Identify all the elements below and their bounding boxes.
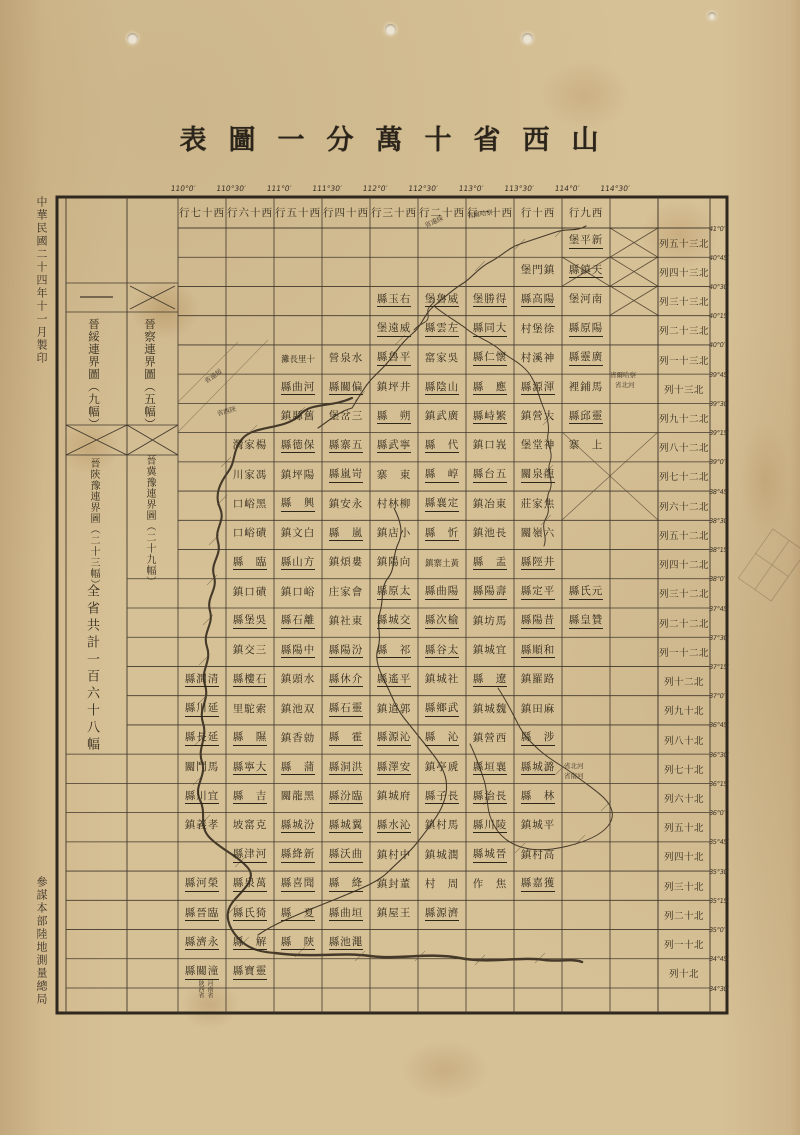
sheet-name: 縣 遼 [473,675,508,688]
sheet-cell: 縣澤安 [370,754,418,783]
sheet-name: 鎮村馬 [425,821,460,833]
latitude-label: 35°45′ [708,838,728,846]
sheet-name: 裡鋪馬 [569,383,604,395]
neighbor-province-label: 省爾哈察 [610,370,636,379]
sheet-name: 鎮香勍 [281,734,316,746]
sheet-cell: 縣津河 [226,842,274,871]
sheet-name: 縣邱靈 [569,412,604,425]
row-label: 列十三北 [659,374,709,403]
sheet-name: 縣河榮 [185,879,220,892]
sheet-cell: 縣雲左 [418,316,466,345]
sheet-name: 縣 陝 [281,938,316,951]
sheet-name: 縣川陵 [473,821,508,834]
row-label: 列三十北 [659,871,709,900]
sheet-cell: 縣仁懷 [466,345,514,374]
sheet-name: 縣治長 [473,792,508,805]
sheet-cell: 縣 陝 [274,930,322,959]
legend-jinjiyu-label: 晉冀豫連界圖（二十九幅） [142,455,157,577]
sheet-cell: 縣關偏 [322,374,370,403]
sheet-cell: 縣 沁 [418,725,466,754]
sheet-cell: 縣原太 [370,579,418,608]
sheet-name: 鎮坪井 [377,383,412,395]
longitude-label: 110°0′ [165,184,200,193]
sheet-name: 里駝索 [233,705,268,717]
sheet-name: 縣嵐岢 [329,470,364,483]
sheet-name: 堡遠威 [377,324,412,337]
sheet-name: 縣 朔 [377,412,412,425]
sheet-name: 縣雲左 [425,324,460,337]
sheet-cell: 寨 上 [562,433,610,462]
sheet-name: 縣 吉 [233,792,268,805]
sheet-cell: 堡岔三 [322,403,370,432]
sheet-name: 縣水沁 [377,821,412,834]
column-header: 行五十西 [274,199,322,226]
sheet-cell: 鎮安永 [322,491,370,520]
sheet-cell: 縣 嵐 [322,520,370,549]
row-label: 列六十北 [659,783,709,812]
sheet-name: 縣喜聞 [281,879,316,892]
sheet-cell: 堡河南 [562,286,610,315]
sheet-cell: 鎮武廣 [418,403,466,432]
sheet-name: 縣 崞 [425,470,460,483]
sheet-cell: 縣曲河 [274,374,322,403]
neighbor-province-label: 省西陝 [216,404,237,418]
sheet-cell: 縣川陵 [466,813,514,842]
sheet-cell: 鎮村馬 [418,813,466,842]
sheet-cell: 鎮煩婁 [322,550,370,579]
row-label: 列四十三北 [659,257,709,286]
sheet-name: 縣峙繁 [473,412,508,425]
sheet-cell: 縣邱靈 [562,403,610,432]
sheet-name: 縣陽昔 [521,616,556,629]
sheet-cell: 縣 霍 [322,725,370,754]
sheet-cell: 縣城汾 [274,813,322,842]
sheet-name: 鎮道郭 [377,705,412,717]
legend-jinshanyu-label: 晉陝豫連界圖（二十三幅） [86,458,101,580]
sheet-name: 縣曲陽 [425,587,460,600]
sheet-cell: 縣高陽 [514,286,562,315]
sheet-name: 縣陘井 [521,558,556,571]
sheet-name: 口峪磧 [233,529,268,541]
sheet-cell: 里駝索 [226,696,274,725]
sheet-name: 縣山方 [281,558,316,571]
sheet-cell: 鎮口磧 [226,579,274,608]
sheet-name: 寨 上 [569,441,604,453]
sheet-cell: 堡勝得 [466,286,514,315]
scanned-map-index-sheet: { "title": "山西省十萬分一圖表", "margin_notes": … [0,0,800,1135]
sheet-cell: 鎮城府 [370,783,418,812]
sheet-name: 縣 隰 [233,733,268,746]
sheet-cell: 縣順和 [514,637,562,666]
row-label: 列一十二北 [659,637,709,666]
sheet-cell: 鎮屋王 [370,900,418,929]
sheet-cell: 縣嵐岢 [322,462,370,491]
sheet-name: 鎮營大 [521,412,556,424]
column-header: 行六十西 [226,199,274,226]
sheet-cell: 堡平新 [562,228,610,257]
sheet-cell: 縣長延 [178,725,226,754]
row-label: 列二十二北 [659,608,709,637]
sheet-cell: 灣家楊 [226,433,274,462]
sheet-cell: 縣 代 [418,433,466,462]
sheet-cell: 縣 涉 [514,725,562,754]
latitude-label: 36°15′ [708,780,728,788]
sheet-cell: 縣 祁 [370,637,418,666]
sheet-name: 窰家吳 [425,354,460,366]
legend-jincha-label: 晉察連界圖（五幅） [141,318,157,478]
sheet-name: 縣城潞 [521,763,556,776]
sheet-cell: 鎮口峩 [466,433,514,462]
sheet-cell: 鎮社東 [322,608,370,637]
sheet-cell: 縣嘉獲 [514,871,562,900]
sheet-cell: 莊家焦 [514,491,562,520]
sheet-cell: 鎮城魏 [466,696,514,725]
latitude-label: 34°30′ [708,985,728,993]
sheet-cell: 關龍黑 [274,783,322,812]
sheet-name: 縣城晉 [473,850,508,863]
column-header: 行四十西 [322,199,370,226]
sheet-name: 縣津河 [233,850,268,863]
sheet-name: 村溪神 [521,354,556,366]
sheet-cell: 縣寧大 [226,754,274,783]
latitude-label: 40°15′ [708,312,728,320]
longitude-label: 111°0′ [261,184,296,193]
sheet-name: 縣 興 [281,499,316,512]
sheet-name: 縣 夏 [281,909,316,922]
sheet-name: 村堡徐 [521,325,556,337]
sheet-name: 縣池澠 [329,938,364,951]
sheet-cell: 縣峙繁 [466,403,514,432]
sheet-name: 縣石靈 [329,704,364,717]
sheet-name: 縣澤安 [377,763,412,776]
sheet-name: 作 焦 [473,880,508,892]
sheet-name: 縣 忻 [425,529,460,542]
sheet-name: 鎮口峪 [281,588,316,600]
sheet-cell: 村林柳 [370,491,418,520]
sheet-name: 縣源渾 [521,383,556,396]
sheet-cell: 縣休介 [322,666,370,695]
row-label: 列四十二北 [659,550,709,579]
sheet-name: 鎮城府 [377,792,412,804]
sheet-name: 關泉龍 [521,470,556,483]
sheet-cell: 關鬥馬 [178,754,226,783]
sheet-cell: 縣 盂 [466,550,514,579]
sheet-cell: 堡遠威 [370,316,418,345]
sheet-cell: 縣晉臨 [178,900,226,929]
sheet-name: 鎮坊馬 [473,617,508,629]
sheet-cell: 縣池澠 [322,930,370,959]
sheet-name: 鎮羅路 [521,675,556,687]
sheet-name: 縣同大 [473,324,508,337]
sheet-cell: 寨 東 [370,462,418,491]
sheet-cell: 縣氏猗 [226,900,274,929]
sheet-name: 縣 臨 [233,558,268,571]
sheet-cell: 縣澗清 [178,666,226,695]
sheet-cell: 縣山方 [274,550,322,579]
sheet-name: 縣寧大 [233,763,268,776]
sheet-cell: 鎮店小 [370,520,418,549]
sheet-name: 縣寨五 [329,441,364,454]
sheet-name: 縣垣襄 [473,763,508,776]
row-label: 列七十二北 [659,462,709,491]
sheet-name: 縣石離 [281,616,316,629]
sheet-name: 鎮冶東 [473,500,508,512]
sheet-cell: 縣襄定 [418,491,466,520]
row-label: 列九十北 [659,696,709,725]
sheet-cell: 縣 朔 [370,403,418,432]
sheet-cell: 縣汾臨 [322,783,370,812]
sheet-cell: 鎮營大 [514,403,562,432]
latitude-label: 36°30′ [708,751,728,759]
sheet-cell: 關泉龍 [514,462,562,491]
sheet-cell: 縣沃曲 [322,842,370,871]
sheet-cell: 鎮交三 [226,637,274,666]
sheet-cell: 縣石離 [274,608,322,637]
sheet-name: 縣洞洪 [329,763,364,776]
latitude-label: 38°45′ [708,488,728,496]
row-label: 列五十北 [659,813,709,842]
sheet-cell: 作 焦 [466,871,514,900]
sheet-name: 鎮安永 [329,500,364,512]
sheet-cell: 鎮城宜 [466,637,514,666]
sheet-name: 縣台五 [473,470,508,483]
row-label: 列一十北 [659,930,709,959]
sheet-name: 縣 絳 [329,879,364,892]
sheet-cell: 村溪神 [514,345,562,374]
sheet-name: 坡窰克 [233,821,268,833]
sheet-cell: 鎮城潤 [418,842,466,871]
sheet-cell: 縣 吉 [226,783,274,812]
sheet-name: 縣 霍 [329,733,364,746]
sheet-name: 縣玉右 [377,295,412,308]
sheet-cell: 縣石靈 [322,696,370,725]
sheet-cell: 鎮冶東 [466,491,514,520]
sheet-cell: 縣武寧 [370,433,418,462]
sheet-cell: 縣喜聞 [274,871,322,900]
sheet-cell: 堡魯威 [418,286,466,315]
neighbor-province-label: 省南河 [564,771,584,780]
sheet-cell: 縣源沁 [370,725,418,754]
sheet-cell: 鎮封董 [370,871,418,900]
sheet-name: 縣 沁 [425,733,460,746]
sheet-cell: 村堡徐 [514,316,562,345]
sheet-cell: 縣曲陽 [418,579,466,608]
sheet-cell: 縣泉萬 [226,871,274,900]
row-label: 列八十二北 [659,433,709,462]
sheet-cell: 鎮營西 [466,725,514,754]
sheet-cell: 堡門鎮 [514,257,562,286]
sheet-name: 縣 代 [425,441,460,454]
sheet-name: 縣靈廣 [569,353,604,366]
sheet-name: 縣關偏 [329,383,364,396]
latitude-label: 35°0′ [708,926,728,934]
latitude-label: 37°45′ [708,605,728,613]
row-label: 列十北 [659,959,709,988]
sheet-cell: 鎮香勍 [274,725,322,754]
sheet-cell: 縣 興 [274,491,322,520]
latitude-label: 36°0′ [708,809,728,817]
sheet-name: 堡門鎮 [521,266,556,278]
sheet-name: 縣襄定 [425,499,460,512]
sheet-cell: 鎮城平 [514,813,562,842]
sheet-name: 縣汾臨 [329,792,364,805]
neighbor-province-label: 省遠綏 [202,367,223,386]
sheet-cell: 縣陽壽 [466,579,514,608]
sheet-name: 堡岔三 [329,412,364,424]
sheet-name: 縣源沁 [377,733,412,746]
sheet-name: 鎮陽向 [377,558,412,570]
sheet-cell: 縣 夏 [274,900,322,929]
sheet-name: 鎮交三 [233,646,268,658]
sheet-name: 縣曲河 [281,383,316,396]
sheet-name: 縣鎮天 [569,266,604,279]
sheet-name: 縣仁懷 [473,353,508,366]
latitude-label: 40°45′ [708,254,728,262]
row-label: 列三十二北 [659,579,709,608]
row-label: 列六十二北 [659,491,709,520]
sheet-name: 鎮屋王 [377,909,412,921]
sheet-name: 灣家楊 [233,441,268,453]
sheet-name: 川家馮 [233,471,268,483]
sheet-name: 灘長里十 [281,355,315,365]
sheet-cell: 鎮頭水 [274,666,322,695]
sheet-cell: 鎮坪陽 [274,462,322,491]
sheet-name: 鎮煩婁 [329,558,364,570]
sheet-cell: 縣台五 [466,462,514,491]
sheet-name: 堡河南 [569,295,604,307]
sheet-cell: 縣絳新 [274,842,322,871]
latitude-label: 36°45′ [708,721,728,729]
latitude-label: 38°30′ [708,517,728,525]
sheet-name: 縣城汾 [281,821,316,834]
sheet-name: 縣谷太 [425,646,460,659]
sheet-cell: 縣次榆 [418,608,466,637]
sheet-name: 鎮池長 [473,529,508,541]
sheet-cell: 縣曲垣 [322,900,370,929]
sheet-name: 堡平新 [569,236,604,249]
sheet-name: 鎮文白 [281,529,316,541]
sheet-name: 縣德保 [281,441,316,454]
longitude-label: 113°30′ [501,184,536,193]
sheet-cell: 縣子長 [418,783,466,812]
sheet-name: 堡勝得 [473,295,508,308]
neighbor-province-label: 河南省 [205,980,214,1006]
sheet-name: 縣定平 [521,587,556,600]
longitude-label: 112°30′ [405,184,440,193]
grid-text-layer: 行七十西行六十西行五十西行四十西行三十西行二十西行一十西行十西行九西列五十三北列… [0,0,800,1135]
sheet-cell: 縣靈廣 [562,345,610,374]
sheet-name: 縣關潼 [185,967,220,980]
sheet-cell: 縣 隰 [226,725,274,754]
sheet-cell: 鎮田麻 [514,696,562,725]
neighbor-province-label: 省北河 [615,380,635,389]
sheet-cell: 縣原陽 [562,316,610,345]
sheet-name: 縣曲垣 [329,909,364,922]
row-label: 列三十三北 [659,286,709,315]
latitude-label: 35°15′ [708,897,728,905]
sheet-cell: 灘長里十 [274,345,322,374]
sheet-name: 縣氏元 [569,587,604,600]
sheet-name: 鎮城平 [521,821,556,833]
sheet-cell: 縣定平 [514,579,562,608]
sheet-name: 關龍黑 [281,792,316,804]
latitude-label: 38°0′ [708,575,728,583]
row-label: 列七十北 [659,754,709,783]
sheet-name: 縣 應 [473,383,508,396]
sheet-name: 縣 解 [233,938,268,951]
sheet-cell: 裡鋪馬 [562,374,610,403]
longitude-label: 110°30′ [213,184,248,193]
sheet-cell: 縣 崞 [418,462,466,491]
neighbor-province-label: 省北河 [564,761,584,770]
sheet-cell: 縣寨五 [322,433,370,462]
row-label: 列八十北 [659,725,709,754]
sheet-name: 鎮武廣 [425,412,460,424]
sheet-name: 庄家會 [329,588,364,600]
sheet-cell: 縣城潞 [514,754,562,783]
row-label: 列五十三北 [659,228,709,257]
sheet-cell: 鎮坊馬 [466,608,514,637]
sheet-cell: 縣川延 [178,696,226,725]
neighbor-province-label: 陝西省 [196,980,205,1006]
longitude-label: 111°30′ [309,184,344,193]
sheet-name: 縣沃曲 [329,850,364,863]
sheet-name: 鎮口磧 [233,588,268,600]
row-label: 列一十三北 [659,345,709,374]
sheet-name: 縣川延 [185,704,220,717]
latitude-label: 40°30′ [708,283,728,291]
latitude-label: 37°15′ [708,663,728,671]
sheet-name: 村 周 [425,880,460,892]
latitude-label: 39°45′ [708,371,728,379]
sheet-name: 鎮縣舊 [281,412,316,424]
sheet-name: 縣川宜 [185,792,220,805]
sheet-cell: 鎮村中 [370,842,418,871]
latitude-label: 35°30′ [708,868,728,876]
sheet-cell: 縣 絳 [322,871,370,900]
sheet-name: 鎮口峩 [473,441,508,453]
sheet-name: 縣 嵐 [329,529,364,542]
sheet-name: 莊家焦 [521,500,556,512]
sheet-cell: 縣玉右 [370,286,418,315]
sheet-cell: 口峪黑 [226,491,274,520]
sheet-name: 縣陰山 [425,383,460,396]
sheet-cell: 縣氏元 [562,579,610,608]
sheet-name: 鎮村高 [521,851,556,863]
row-label: 列九十二北 [659,403,709,432]
sheet-cell: 縣源濟 [418,900,466,929]
sheet-name: 縣皇贊 [569,616,604,629]
column-header: 行九西 [562,199,610,226]
sheet-name: 關嶺六 [521,529,556,541]
sheet-cell: 縣 應 [466,374,514,403]
sheet-cell: 縣垣襄 [466,754,514,783]
sheet-cell: 鎮口峪 [274,579,322,608]
sheet-cell: 縣 臨 [226,550,274,579]
sheet-cell: 坡窰克 [226,813,274,842]
longitude-label: 114°0′ [549,184,584,193]
sheet-cell: 縣 林 [514,783,562,812]
sheet-name: 縣順和 [521,646,556,659]
sheet-name: 鎮社東 [329,617,364,629]
sheet-name: 縣長延 [185,733,220,746]
sheet-name: 縣源濟 [425,909,460,922]
sheet-name: 鎮城潤 [425,851,460,863]
sheet-name: 縣堡吳 [233,616,268,629]
sheet-name: 縣 蒲 [281,763,316,776]
sheet-name: 堡魯威 [425,295,460,308]
sheet-cell: 鎮村高 [514,842,562,871]
